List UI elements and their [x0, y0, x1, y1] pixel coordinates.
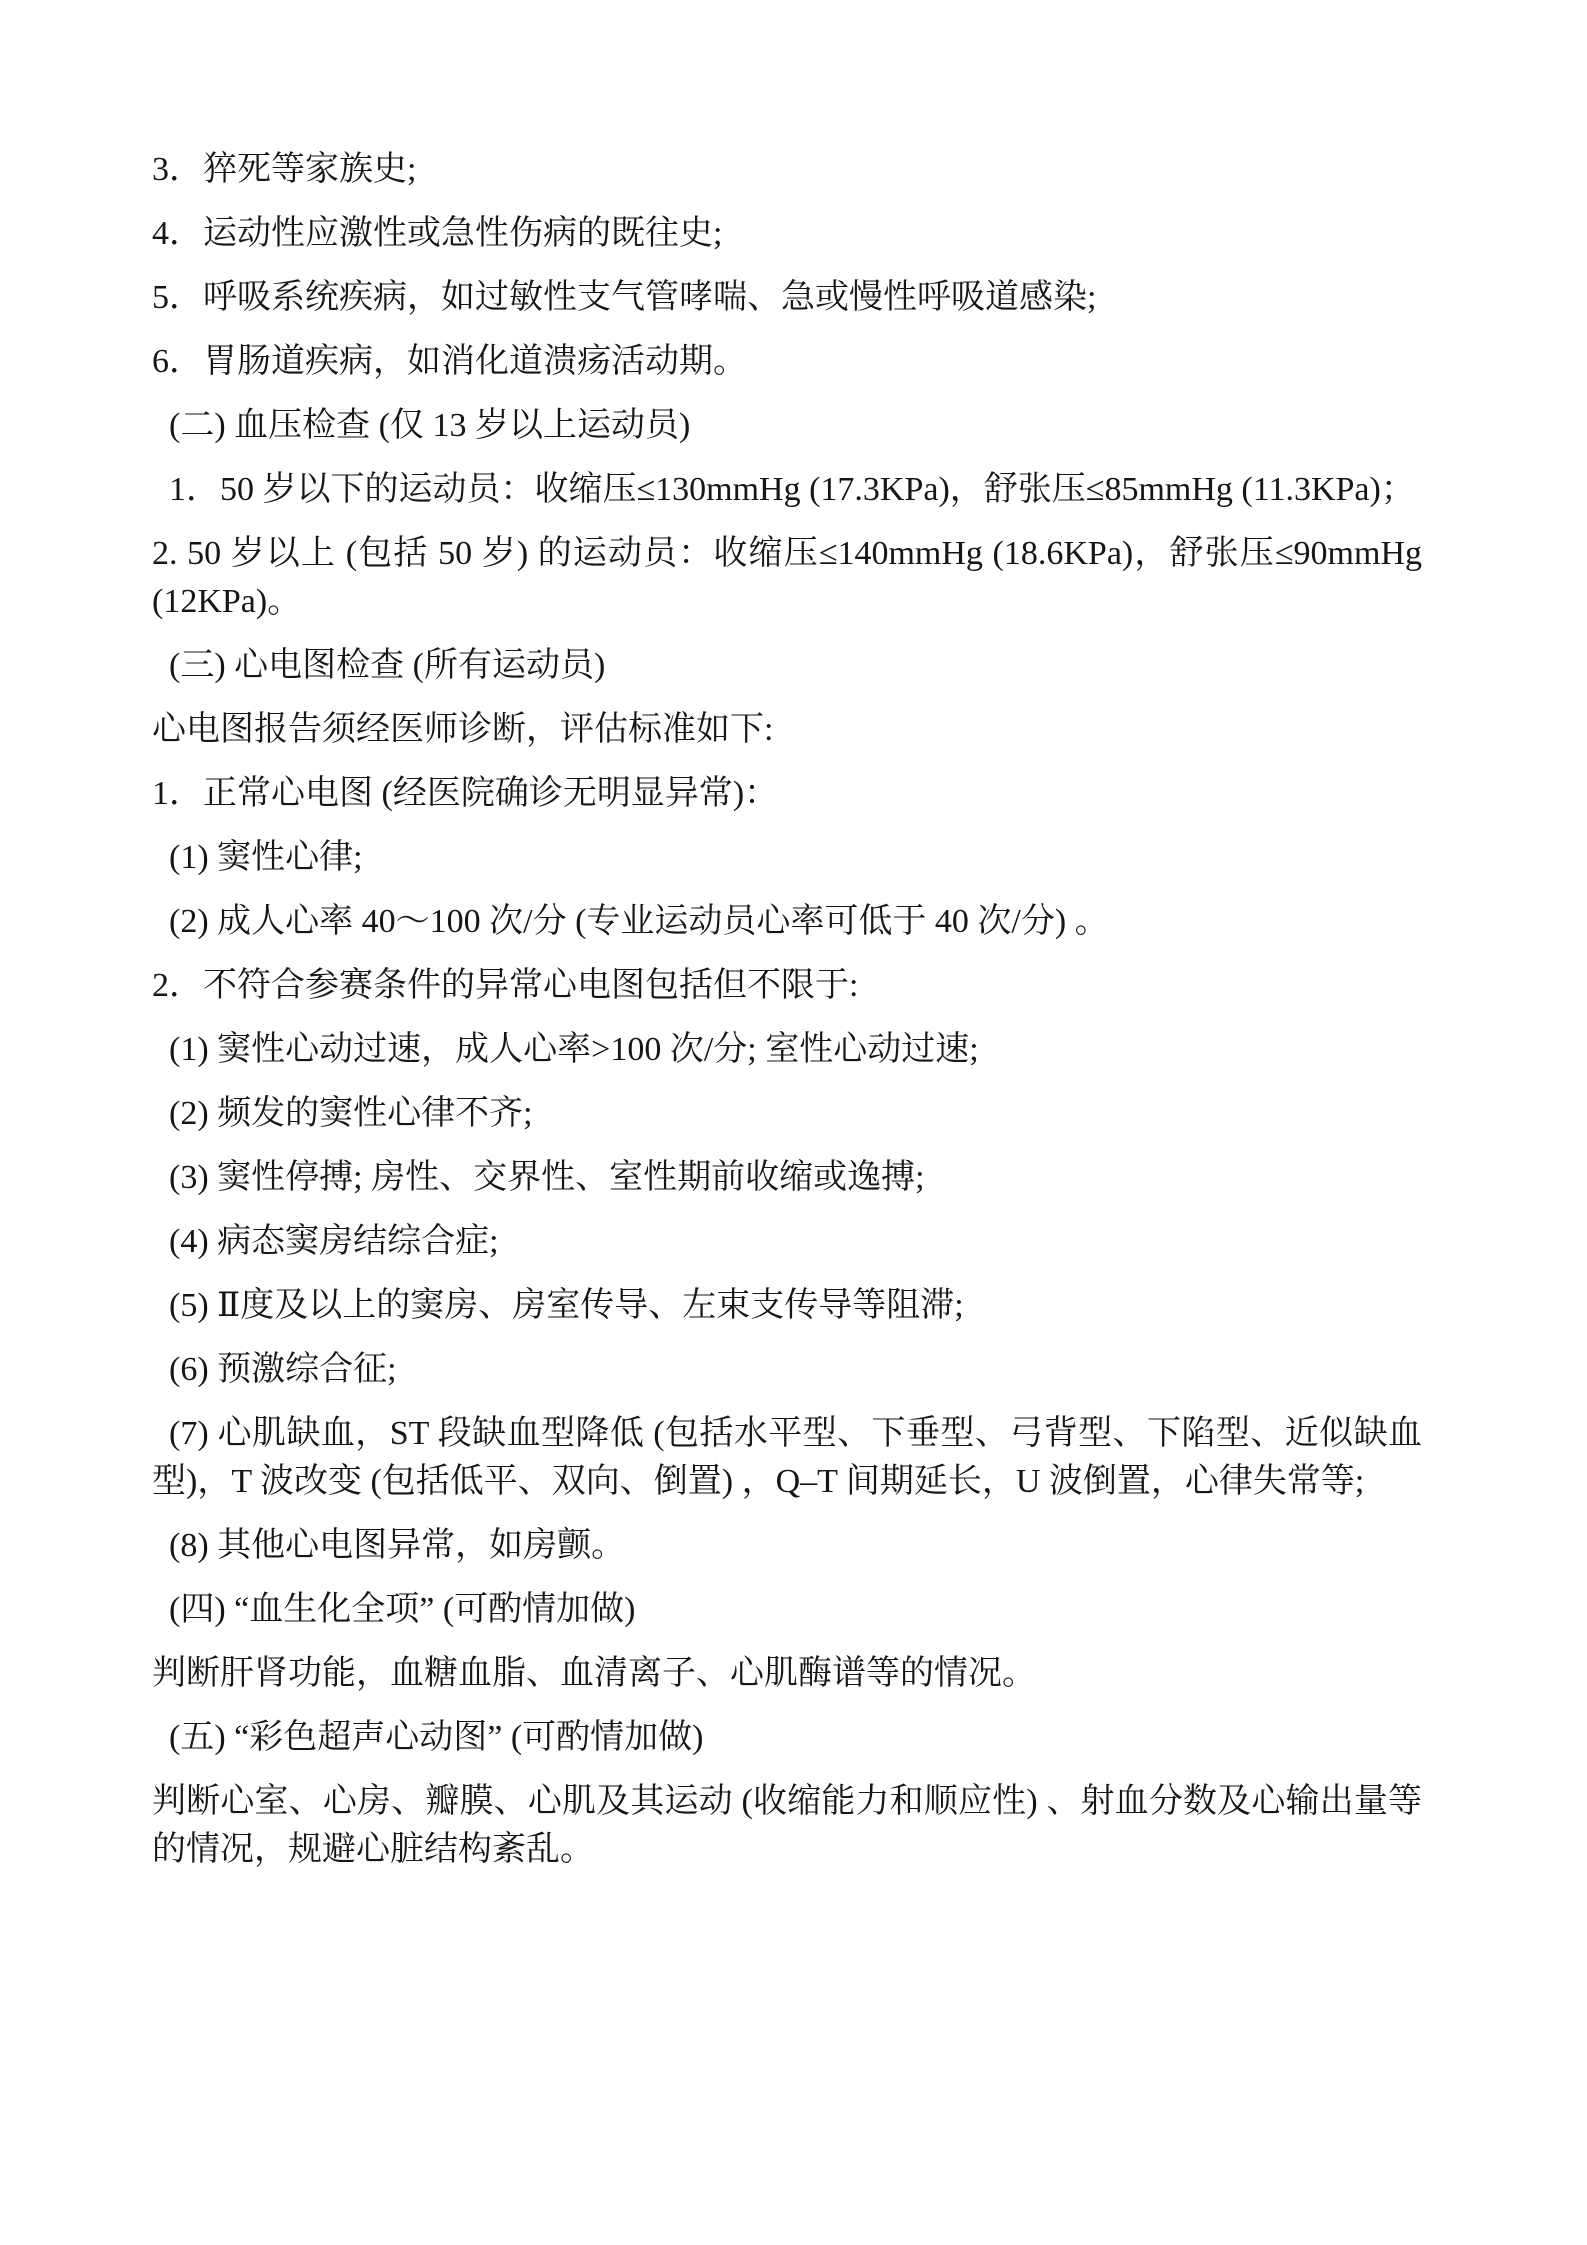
document-paragraph: 1．正常心电图 (经医院确诊无明显异常)： — [152, 770, 1422, 818]
document-paragraph: 6．胃肠道疾病，如消化道溃疡活动期。 — [152, 338, 1422, 386]
document-paragraph: (四) “血生化全项” (可酌情加做) — [152, 1586, 1422, 1634]
document-paragraph: (2) 频发的窦性心律不齐; — [152, 1090, 1422, 1138]
document-paragraph: (7) 心肌缺血，ST 段缺血型降低 (包括水平型、下垂型、弓背型、下陷型、近似… — [152, 1410, 1422, 1506]
document-paragraph: (3) 窦性停搏; 房性、交界性、室性期前收缩或逸搏; — [152, 1154, 1422, 1202]
document-paragraph: (8) 其他心电图异常，如房颤。 — [152, 1522, 1422, 1570]
document-paragraph: 4．运动性应激性或急性伤病的既往史; — [152, 210, 1422, 258]
document-paragraph: 2．不符合参赛条件的异常心电图包括但不限于: — [152, 962, 1422, 1010]
document-paragraph: (2) 成人心率 40～100 次/分 (专业运动员心率可低于 40 次/分) … — [152, 898, 1422, 946]
document-paragraph: 判断心室、心房、瓣膜、心肌及其运动 (收缩能力和顺应性) 、射血分数及心输出量等… — [152, 1778, 1422, 1874]
document-paragraph: (4) 病态窦房结综合症; — [152, 1218, 1422, 1266]
document-page: 3．猝死等家族史;4．运动性应激性或急性伤病的既往史;5．呼吸系统疾病，如过敏性… — [0, 0, 1587, 2245]
document-paragraph: 1．50 岁以下的运动员：收缩压≤130mmHg (17.3KPa)，舒张压≤8… — [152, 466, 1422, 514]
document-paragraph: (6) 预激综合征; — [152, 1346, 1422, 1394]
document-paragraph: 2. 50 岁以上 (包括 50 岁) 的运动员：收缩压≤140mmHg (18… — [152, 530, 1422, 626]
document-paragraph: (5) Ⅱ度及以上的窦房、房室传导、左束支传导等阻滞; — [152, 1282, 1422, 1330]
document-body: 3．猝死等家族史;4．运动性应激性或急性伤病的既往史;5．呼吸系统疾病，如过敏性… — [152, 146, 1422, 1874]
document-paragraph: (三) 心电图检查 (所有运动员) — [152, 642, 1422, 690]
document-paragraph: (二) 血压检查 (仅 13 岁以上运动员) — [152, 402, 1422, 450]
document-paragraph: (五) “彩色超声心动图” (可酌情加做) — [152, 1714, 1422, 1762]
document-paragraph: 5．呼吸系统疾病，如过敏性支气管哮喘、急或慢性呼吸道感染; — [152, 274, 1422, 322]
document-paragraph: 3．猝死等家族史; — [152, 146, 1422, 194]
document-paragraph: 心电图报告须经医师诊断，评估标准如下: — [152, 706, 1422, 754]
document-paragraph: (1) 窦性心律; — [152, 834, 1422, 882]
document-paragraph: (1) 窦性心动过速，成人心率>100 次/分; 室性心动过速; — [152, 1026, 1422, 1074]
document-paragraph: 判断肝肾功能，血糖血脂、血清离子、心肌酶谱等的情况。 — [152, 1650, 1422, 1698]
